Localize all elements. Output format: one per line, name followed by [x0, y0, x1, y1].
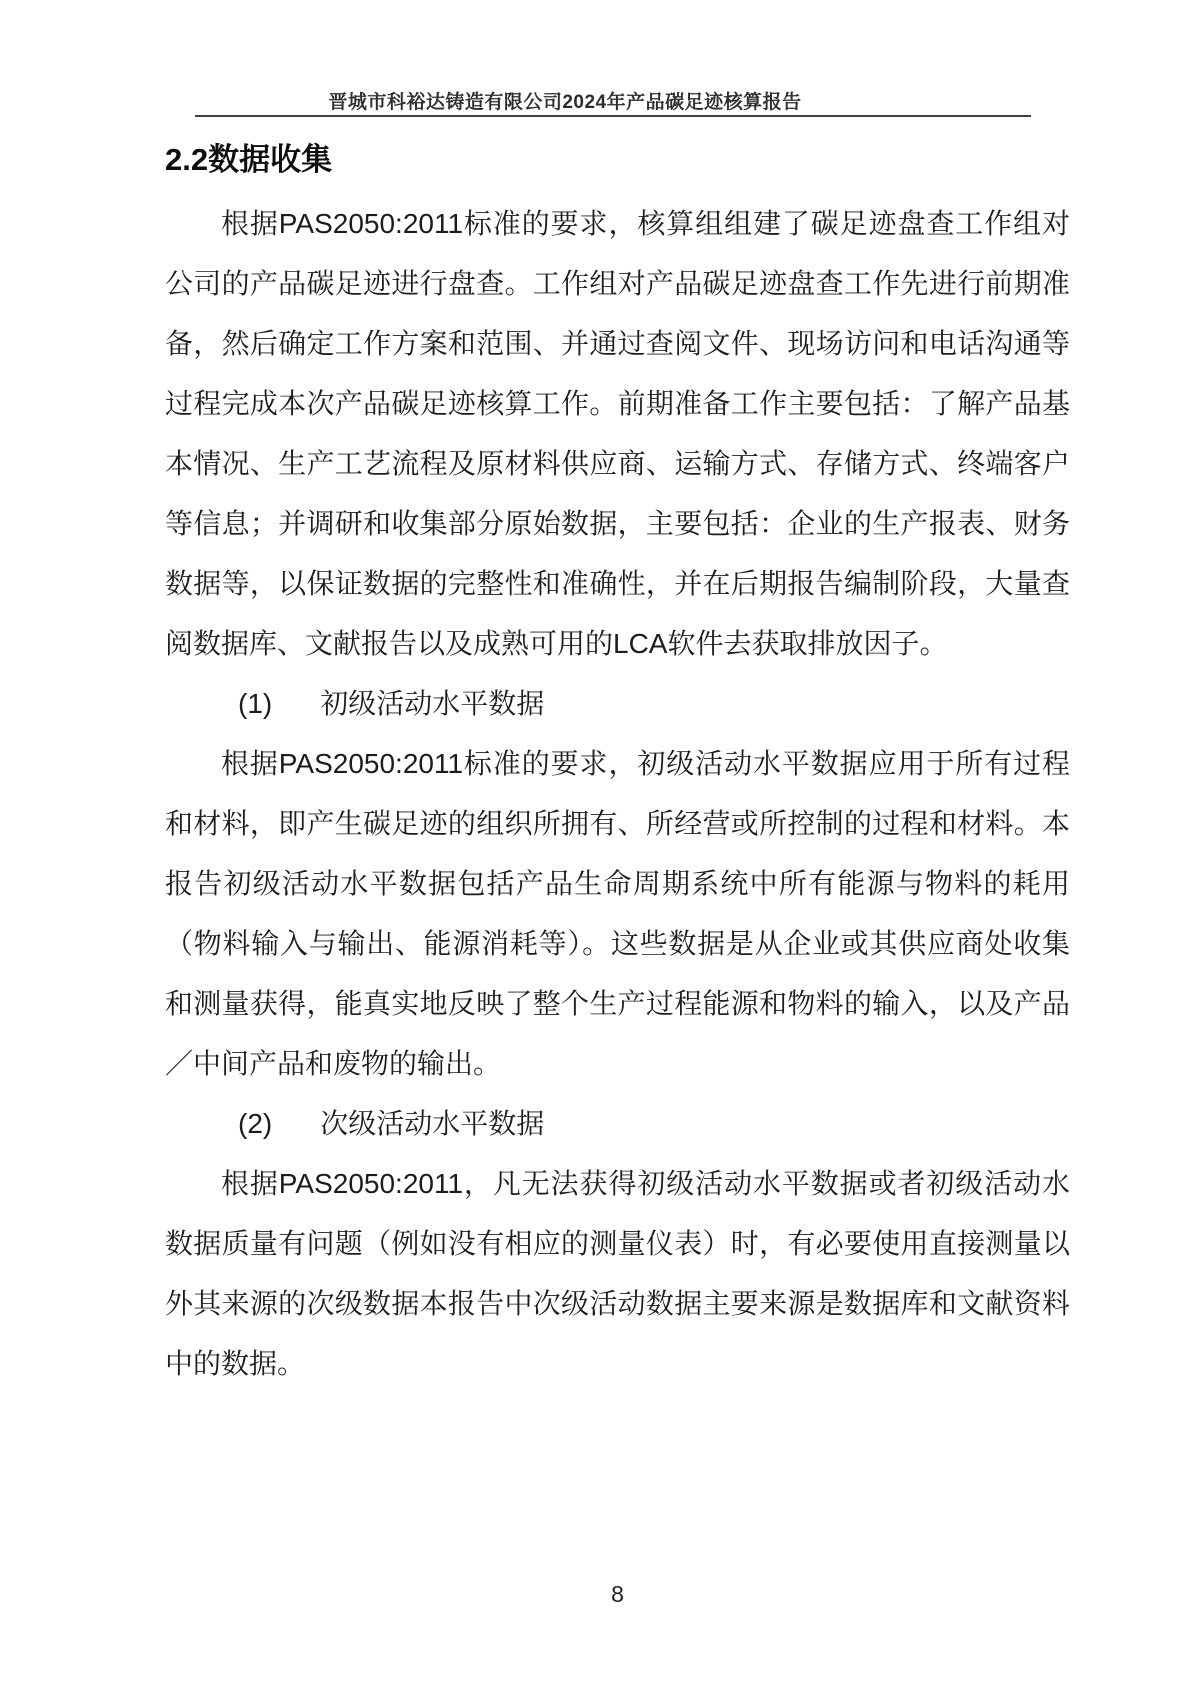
section-heading: 2.2数据收集 — [165, 141, 332, 179]
paragraph-line: 过程完成本次产品碳足迹核算工作。前期准备工作主要包括：了解产品基 — [165, 374, 1070, 434]
paragraph: 根据PAS2050:2011标准的要求，初级活动水平数据应用于所有过程和材料，即… — [165, 734, 1070, 1094]
paragraph-line: 根据PAS2050:2011标准的要求，核算组组建了碳足迹盘查工作组对该 — [165, 194, 1070, 254]
paragraph-line: 本情况、生产工艺流程及原材料供应商、运输方式、存储方式、终端客户 — [165, 434, 1070, 494]
paragraph-line: 报告初级活动水平数据包括产品生命周期系统中所有能源与物料的耗用 — [165, 854, 1070, 914]
list-heading-text: 初级活动水平数据 — [320, 674, 544, 734]
paragraph-line: 数据等，以保证数据的完整性和准确性，并在后期报告编制阶段，大量查 — [165, 554, 1070, 614]
paragraph-line: 公司的产品碳足迹进行盘查。工作组对产品碳足迹盘查工作先进行前期准 — [165, 254, 1070, 314]
header-rule — [195, 115, 1031, 117]
header-title: 晋城市科裕达铸造有限公司2024年产品碳足迹核算报告 — [0, 87, 1130, 114]
page-footer: 8 — [165, 1581, 1070, 1608]
paragraph-line: 备，然后确定工作方案和范围、并通过查阅文件、现场访问和电话沟通等 — [165, 314, 1070, 374]
list-heading: (1)初级活动水平数据 — [165, 674, 1070, 734]
list-marker: (2) — [238, 1094, 272, 1154]
paragraph-line: ／中间产品和废物的输出。 — [165, 1034, 1070, 1094]
page-header: 晋城市科裕达铸造有限公司2024年产品碳足迹核算报告 — [0, 0, 1190, 120]
list-heading: (2)次级活动水平数据 — [165, 1094, 1070, 1154]
paragraph-line: 外其来源的次级数据本报告中次级活动数据主要来源是数据库和文献资料 — [165, 1274, 1070, 1334]
paragraph-line: （物料输入与输出、能源消耗等）。这些数据是从企业或其供应商处收集 — [165, 914, 1070, 974]
paragraph-line: 阅数据库、文献报告以及成熟可用的LCA软件去获取排放因子。 — [165, 614, 1070, 674]
paragraph-line: 根据PAS2050:2011，凡无法获得初级活动水平数据或者初级活动水平 — [165, 1154, 1070, 1214]
list-marker: (1) — [238, 674, 272, 734]
paragraph: 根据PAS2050:2011，凡无法获得初级活动水平数据或者初级活动水平数据质量… — [165, 1154, 1070, 1394]
paragraph-line: 数据质量有问题（例如没有相应的测量仪表）时，有必要使用直接测量以 — [165, 1214, 1070, 1274]
paragraph-line: 和材料，即产生碳足迹的组织所拥有、所经营或所控制的过程和材料。本 — [165, 794, 1070, 854]
paragraph-line: 中的数据。 — [165, 1334, 1070, 1394]
list-heading-text: 次级活动水平数据 — [320, 1094, 544, 1154]
page-number: 8 — [611, 1581, 624, 1607]
document-body: 根据PAS2050:2011标准的要求，核算组组建了碳足迹盘查工作组对该公司的产… — [165, 194, 1070, 1394]
paragraph-line: 根据PAS2050:2011标准的要求，初级活动水平数据应用于所有过程 — [165, 734, 1070, 794]
paragraph-line: 等信息；并调研和收集部分原始数据，主要包括：企业的生产报表、财务 — [165, 494, 1070, 554]
paragraph: 根据PAS2050:2011标准的要求，核算组组建了碳足迹盘查工作组对该公司的产… — [165, 194, 1070, 674]
paragraph-line: 和测量获得，能真实地反映了整个生产过程能源和物料的输入，以及产品 — [165, 974, 1070, 1034]
report-page: 晋城市科裕达铸造有限公司2024年产品碳足迹核算报告 2.2数据收集 根据PAS… — [0, 0, 1190, 1683]
